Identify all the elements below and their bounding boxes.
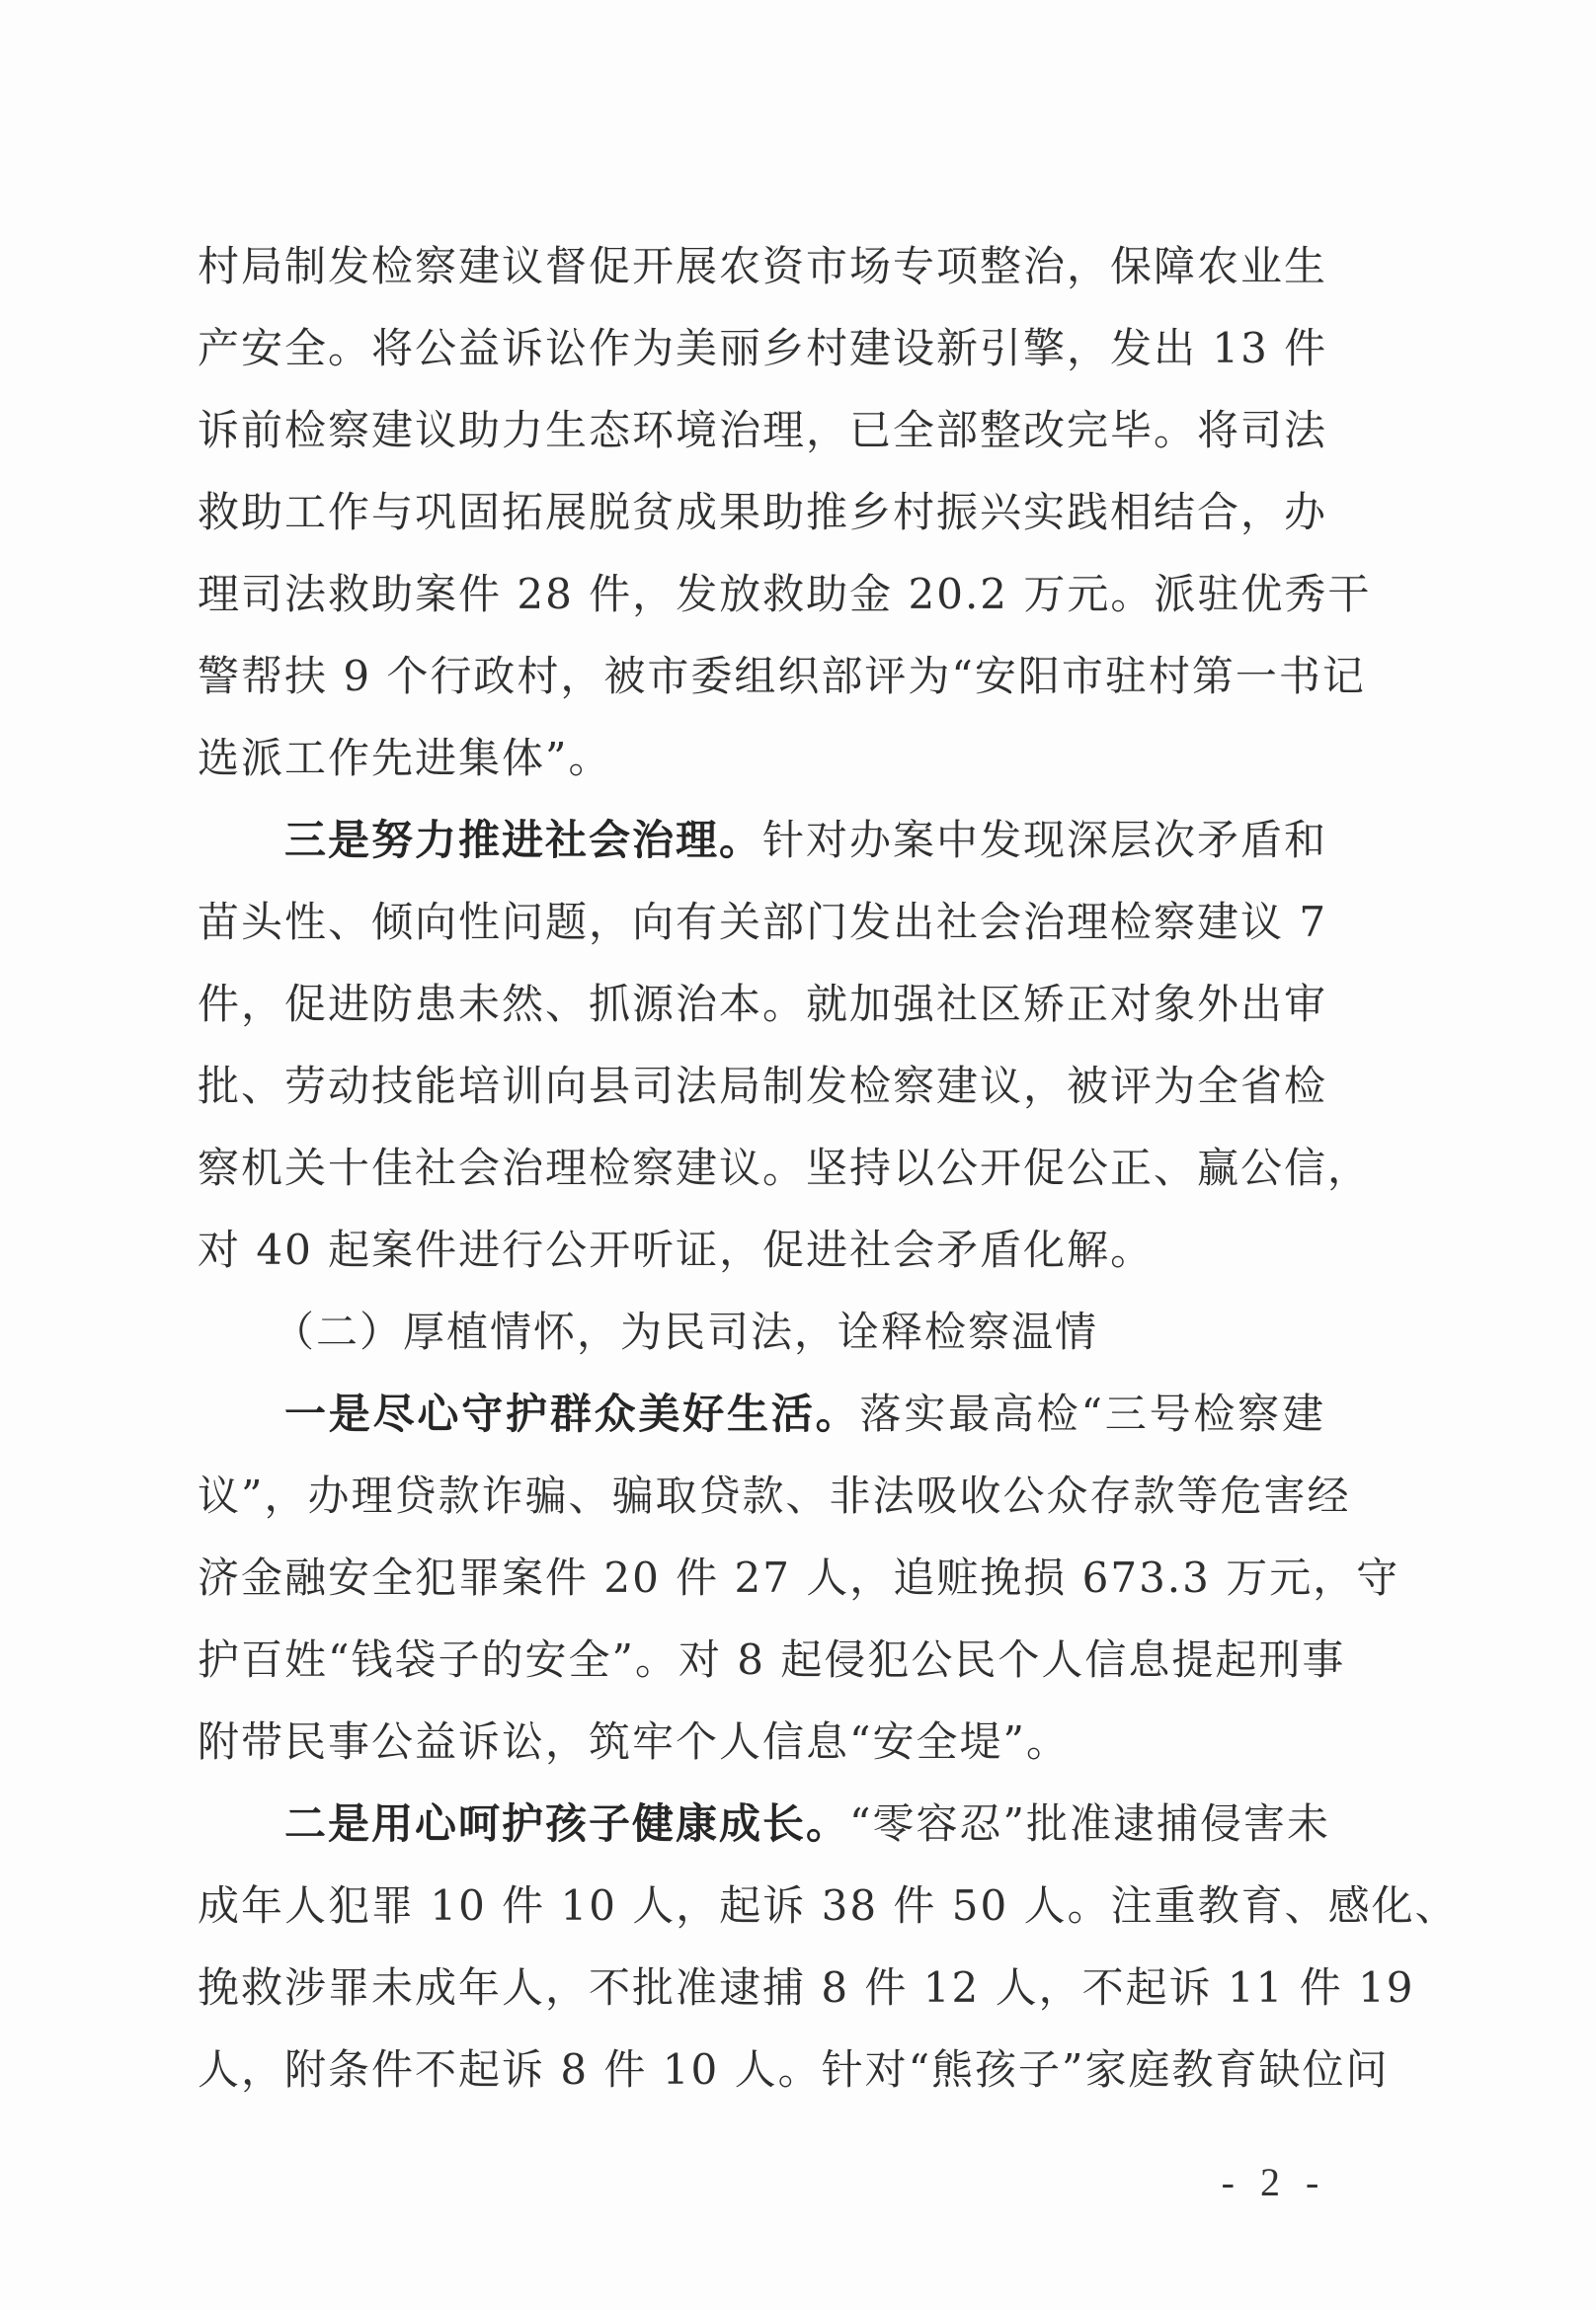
text-span: “零容忍”批准逮捕侵害未 bbox=[849, 1799, 1330, 1848]
text-line: 件，促进防患未然、抓源治本。就加强社区矫正对象外出审 bbox=[198, 963, 1325, 1045]
text-line: 警帮扶 9 个行政村，被市委组织部评为“安阳市驻村第一书记 bbox=[198, 635, 1325, 717]
text-line: 理司法救助案件 28 件，发放救助金 20.2 万元。派驻优秀干 bbox=[198, 553, 1325, 635]
paragraph-social-governance: 三是努力推进社会治理。针对办案中发现深层次矛盾和 bbox=[198, 799, 1325, 881]
text-line: 诉前检察建议助力生态环境治理，已全部整改完毕。将司法 bbox=[198, 389, 1325, 471]
lead-in-social-governance: 三是努力推进社会治理。 bbox=[284, 816, 762, 864]
text-line: 济金融安全犯罪案件 20 件 27 人，追赃挽损 673.3 万元，守 bbox=[198, 1537, 1325, 1619]
text-line: 苗头性、倾向性问题，向有关部门发出社会治理检察建议 7 bbox=[198, 881, 1325, 963]
text-line: 议”，办理贷款诈骗、骗取贷款、非法吸收公众存款等危害经 bbox=[198, 1455, 1325, 1537]
text-line: 批、劳动技能培训向县司法局制发检察建议，被评为全省检 bbox=[198, 1045, 1325, 1127]
text-line: 产安全。将公益诉讼作为美丽乡村建设新引擎，发出 13 件 bbox=[198, 307, 1325, 389]
text-line: 察机关十佳社会治理检察建议。坚持以公开促公正、赢公信， bbox=[198, 1127, 1325, 1209]
text-line-paragraph-end: 对 40 起案件进行公开听证，促进社会矛盾化解。 bbox=[198, 1209, 1325, 1291]
text-line: 村局制发检察建议督促开展农资市场专项整治，保障农业生 bbox=[198, 225, 1325, 307]
lead-in-protect-children: 二是用心呵护孩子健康成长。 bbox=[284, 1799, 849, 1848]
text-line: 护百姓“钱袋子的安全”。对 8 起侵犯公民个人信息提起刑事 bbox=[198, 1619, 1325, 1701]
paragraph-protect-children: 二是用心呵护孩子健康成长。“零容忍”批准逮捕侵害未 bbox=[198, 1783, 1325, 1865]
text-line: 挽救涉罪未成年人，不批准逮捕 8 件 12 人，不起诉 11 件 19 bbox=[198, 1947, 1325, 2029]
page-number: - 2 - bbox=[1220, 2153, 1328, 2212]
document-page: 村局制发检察建议督促开展农资市场专项整治，保障农业生 产安全。将公益诉讼作为美丽… bbox=[0, 0, 1596, 2310]
text-span: 针对办案中发现深层次矛盾和 bbox=[762, 816, 1327, 864]
section-heading: （二）厚植情怀，为民司法，诠释检察温情 bbox=[198, 1291, 1325, 1373]
text-line: 人，附条件不起诉 8 件 10 人。针对“熊孩子”家庭教育缺位问 bbox=[198, 2029, 1325, 2111]
text-line-paragraph-end: 选派工作先进集体”。 bbox=[198, 717, 1325, 799]
text-line: 成年人犯罪 10 件 10 人，起诉 38 件 50 人。注重教育、感化、 bbox=[198, 1865, 1325, 1947]
paragraph-protect-livelihood: 一是尽心守护群众美好生活。落实最高检“三号检察建 bbox=[198, 1373, 1325, 1455]
text-line: 救助工作与巩固拓展脱贫成果助推乡村振兴实践相结合，办 bbox=[198, 471, 1325, 553]
text-span: 落实最高检“三号检察建 bbox=[859, 1390, 1325, 1438]
lead-in-protect-livelihood: 一是尽心守护群众美好生活。 bbox=[284, 1390, 859, 1438]
body-text: 村局制发检察建议督促开展农资市场专项整治，保障农业生 产安全。将公益诉讼作为美丽… bbox=[198, 225, 1325, 2111]
text-line-paragraph-end: 附带民事公益诉讼，筑牢个人信息“安全堤”。 bbox=[198, 1701, 1325, 1783]
